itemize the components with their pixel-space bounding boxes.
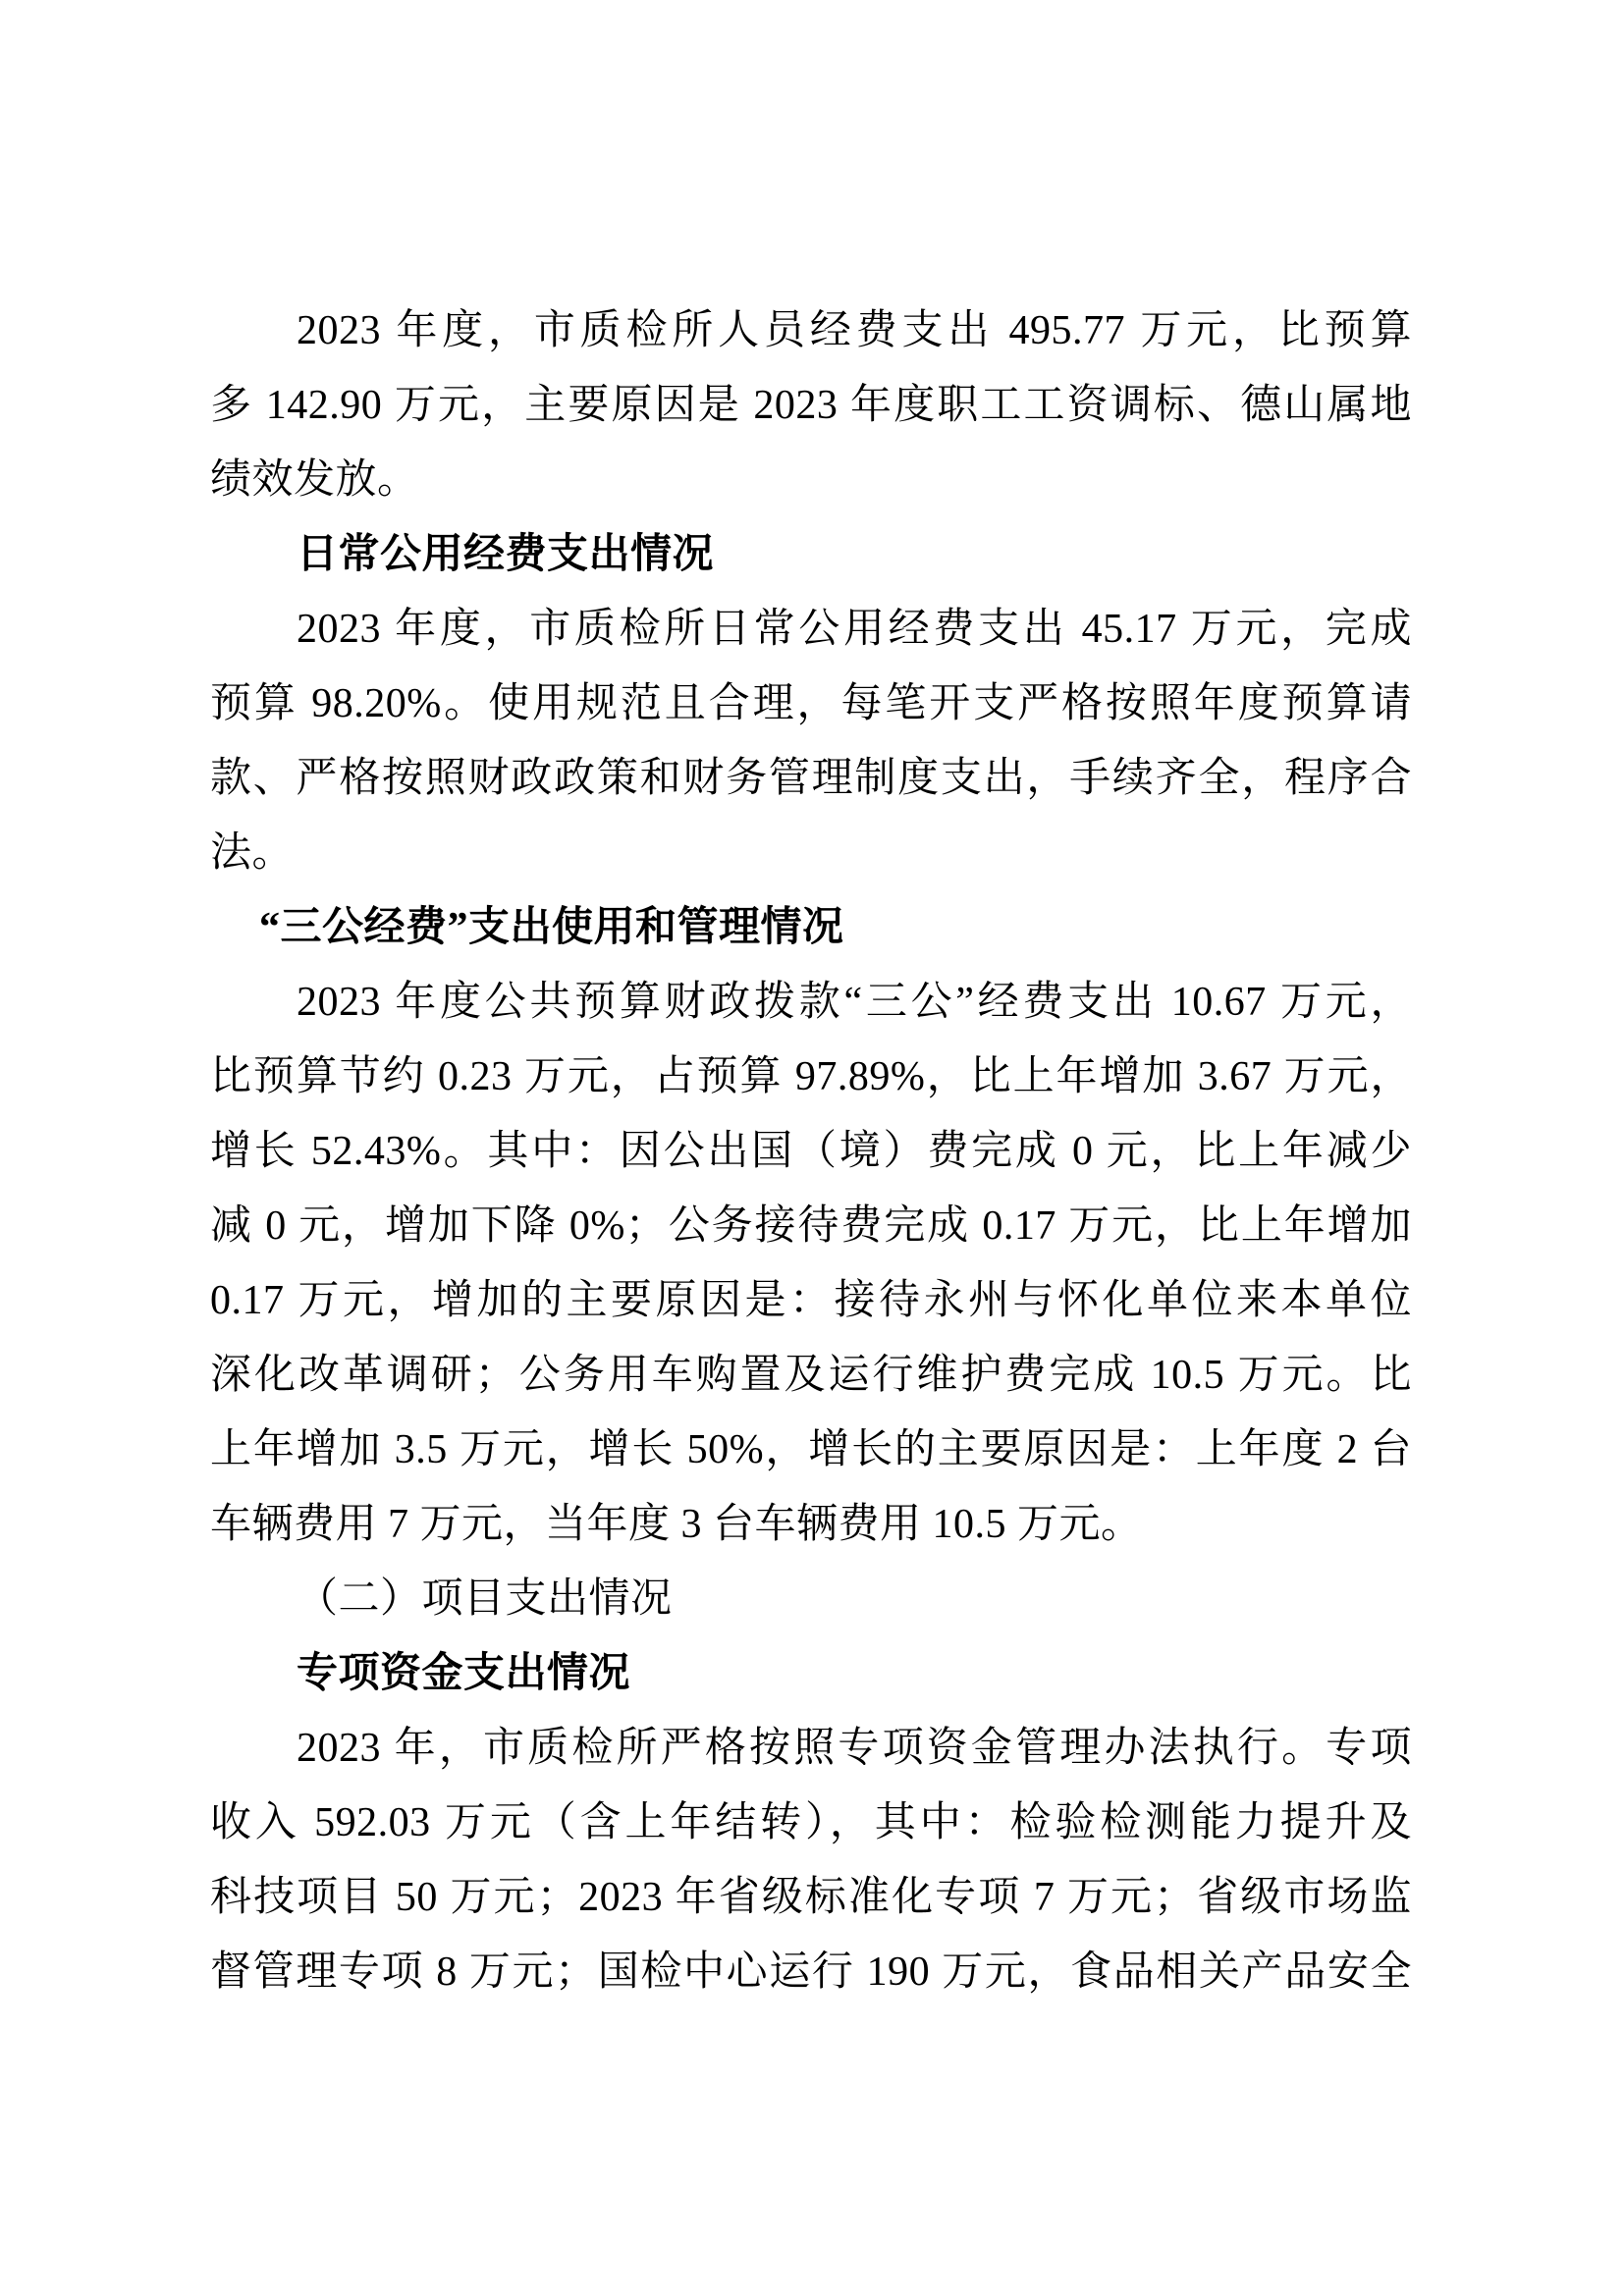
body-line: 法。 [210, 816, 1412, 890]
section-heading: 日常公用经费支出情况 [210, 517, 1412, 592]
body-line: 款、严格按照财政政策和财务管理制度支出，手续齐全，程序合 [210, 741, 1412, 816]
section-heading: “三公经费”支出使用和管理情况 [210, 890, 1412, 965]
body-line: 预算 98.20%。使用规范且合理，每笔开支严格按照年度预算请 [210, 667, 1412, 741]
body-line: 减 0 元，增加下降 0%；公务接待费完成 0.17 万元，比上年增加 [210, 1189, 1412, 1263]
document-page: 2023 年度，市质检所人员经费支出 495.77 万元，比预算 多 142.9… [0, 0, 1624, 2296]
body-line: 0.17 万元，增加的主要原因是：接待永州与怀化单位来本单位 [210, 1263, 1412, 1338]
body-line: 2023 年度，市质检所日常公用经费支出 45.17 万元，完成 [210, 592, 1412, 667]
body-line: 2023 年度，市质检所人员经费支出 495.77 万元，比预算 [210, 294, 1412, 368]
body-line: 2023 年度公共预算财政拨款“三公”经费支出 10.67 万元， [210, 965, 1412, 1040]
body-line: 多 142.90 万元，主要原因是 2023 年度职工工资调标、德山属地 [210, 368, 1412, 443]
body-line: 绩效发放。 [210, 443, 1412, 517]
body-line: 增长 52.43%。其中：因公出国（境）费完成 0 元，比上年减少 [210, 1114, 1412, 1189]
body-line: 督管理专项 8 万元；国检中心运行 190 万元，食品相关产品安全 [210, 1935, 1412, 2009]
body-line: 深化改革调研；公务用车购置及运行维护费完成 10.5 万元。比 [210, 1338, 1412, 1413]
body-line: 收入 592.03 万元（含上年结转），其中：检验检测能力提升及 [210, 1786, 1412, 1860]
body-line: 2023 年，市质检所严格按照专项资金管理办法执行。专项 [210, 1711, 1412, 1786]
body-line: 车辆费用 7 万元，当年度 3 台车辆费用 10.5 万元。 [210, 1487, 1412, 1562]
section-heading: 专项资金支出情况 [210, 1636, 1412, 1711]
body-line: 上年增加 3.5 万元，增长 50%，增长的主要原因是：上年度 2 台 [210, 1413, 1412, 1487]
sub-heading: （二）项目支出情况 [210, 1562, 1412, 1636]
body-line: 科技项目 50 万元；2023 年省级标准化专项 7 万元；省级市场监 [210, 1860, 1412, 1935]
body-line: 比预算节约 0.23 万元，占预算 97.89%，比上年增加 3.67 万元， [210, 1040, 1412, 1114]
text-block: 2023 年度，市质检所人员经费支出 495.77 万元，比预算 多 142.9… [210, 294, 1412, 2009]
